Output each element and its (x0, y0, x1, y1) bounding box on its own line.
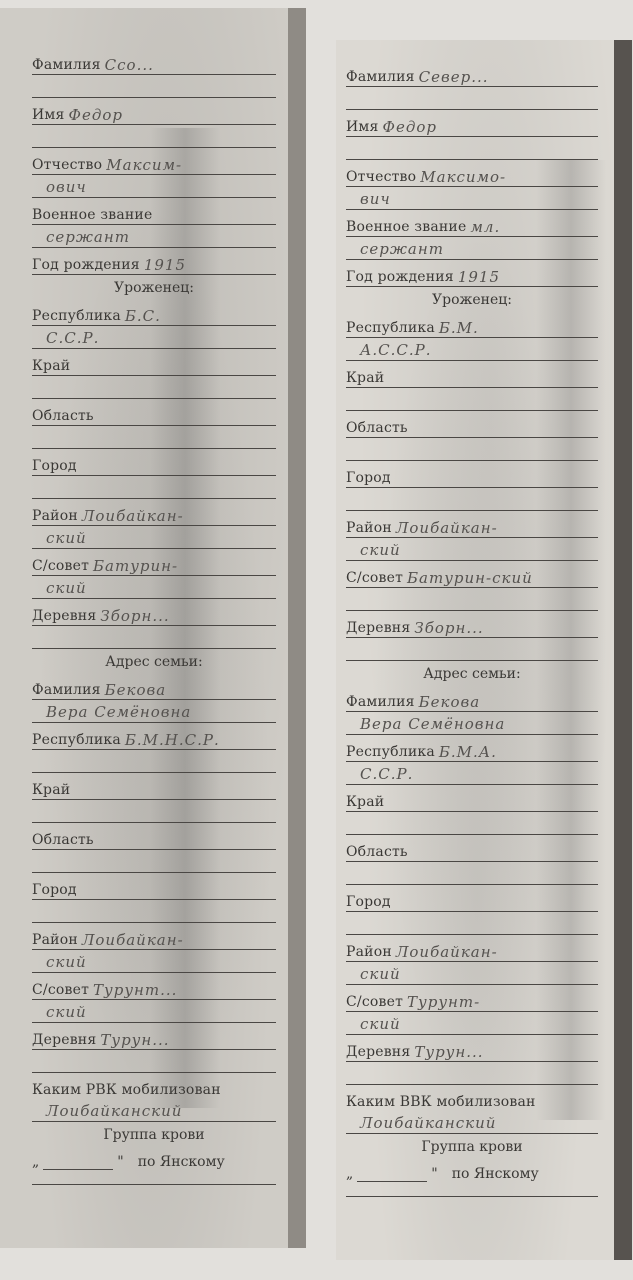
label: Край (32, 781, 74, 799)
field-family-republic: РеспубликаБ.М.Н.С.Р. (32, 723, 276, 750)
paper-edge (288, 8, 306, 1248)
field-family-surname: ФамилияБекова (346, 685, 598, 712)
value: Бекова (419, 693, 481, 711)
field-family-surname-cont: Вера Семёновна (32, 700, 276, 723)
value: Вера Семёновна (360, 715, 505, 733)
value: Турун... (100, 1031, 169, 1049)
blank-line (32, 75, 276, 98)
field-name: ИмяФедор (32, 98, 276, 125)
blank-line (32, 1050, 276, 1073)
blank-line (32, 426, 276, 449)
blank-line (32, 750, 276, 773)
field-family-district-cont: ский (32, 950, 276, 973)
label: С/совет (346, 569, 407, 587)
field-krai: Край (32, 349, 276, 376)
field-family-selsovet: С/советТурунт- (346, 985, 598, 1012)
value: ский (360, 1015, 401, 1033)
blank-line (32, 476, 276, 499)
field-family-republic: РеспубликаБ.М.А. (346, 735, 598, 762)
field-rvk: Каким РВК мобилизован (32, 1073, 276, 1099)
value: ский (46, 953, 87, 971)
label: Республика (346, 743, 439, 761)
label: С/совет (346, 993, 407, 1011)
label: Город (346, 469, 395, 487)
blank-line (346, 388, 598, 411)
field-blood-group: „ " по Янскому (32, 1146, 276, 1170)
label: Отчество (32, 156, 106, 174)
value: ский (360, 965, 401, 983)
label: Город (346, 893, 395, 911)
label: Каким ВВК мобилизован (346, 1093, 540, 1111)
quote: " (117, 1154, 123, 1170)
blood-heading: Группа крови (346, 1136, 598, 1158)
value: Лоибайканский (360, 1114, 496, 1132)
blood-blank (43, 1155, 113, 1170)
label: Район (32, 931, 82, 949)
field-family-krai: Край (346, 785, 598, 812)
field-birth-year: Год рождения1915 (32, 248, 276, 275)
field-rank: Военное званиемл. (346, 210, 598, 237)
label: Республика (32, 731, 125, 749)
field-family-district-cont: ский (346, 962, 598, 985)
value: Б.М.А. (439, 743, 497, 761)
field-rvk: Каким ВВК мобилизован (346, 1085, 598, 1111)
field-rank-cont: сержант (32, 225, 276, 248)
form-left: ФамилияСсо... ИмяФедор ОтчествоМаксим- о… (32, 48, 276, 1185)
blank-line (346, 137, 598, 160)
field-village: ДеревняЗборн... (32, 599, 276, 626)
field-oblast: Область (346, 411, 598, 438)
blank-line (32, 626, 276, 649)
field-surname: ФамилияСсо... (32, 48, 276, 75)
field-republic: РеспубликаБ.С. (32, 299, 276, 326)
blank-line (32, 800, 276, 823)
label: Край (346, 369, 388, 387)
blood-suffix: по Янскому (452, 1166, 539, 1182)
field-family-district: РайонЛоибайкан- (32, 923, 276, 950)
label: Город (32, 457, 81, 475)
field-surname: ФамилияСевер... (346, 60, 598, 87)
label: Фамилия (346, 693, 419, 711)
field-oblast: Область (32, 399, 276, 426)
field-rank: Военное звание (32, 198, 276, 225)
field-patronymic-cont: ович (32, 175, 276, 198)
value: Максимо- (420, 168, 506, 186)
blank-line (346, 912, 598, 935)
value: Турунт... (93, 981, 177, 999)
field-republic-cont: А.С.С.Р. (346, 338, 598, 361)
form-right: ФамилияСевер... ИмяФедор ОтчествоМаксимо… (346, 60, 598, 1197)
family-heading: Адрес семьи: (32, 651, 276, 673)
value: Лоибайкан- (82, 507, 184, 525)
field-name: ИмяФедор (346, 110, 598, 137)
label: Республика (32, 307, 125, 325)
value: Б.М.Н.С.Р. (125, 731, 220, 749)
field-family-selsovet-cont: ский (346, 1012, 598, 1035)
value: мл. (470, 218, 500, 236)
label: Имя (346, 118, 383, 136)
value: сержант (46, 228, 130, 246)
field-patronymic: ОтчествоМаксим- (32, 148, 276, 175)
value: Бекова (105, 681, 167, 699)
native-heading: Уроженец: (346, 289, 598, 311)
field-family-selsovet-cont: ский (32, 1000, 276, 1023)
value: Батурин- (93, 557, 178, 575)
label: Деревня (346, 1043, 414, 1061)
document-right: ФамилияСевер... ИмяФедор ОтчествоМаксимо… (336, 40, 618, 1260)
value: вич (360, 190, 391, 208)
blood-suffix: по Янскому (138, 1154, 225, 1170)
label: С/совет (32, 557, 93, 575)
field-family-oblast: Область (346, 835, 598, 862)
value: Лоибайкан- (396, 943, 498, 961)
native-heading: Уроженец: (32, 277, 276, 299)
label: Район (346, 943, 396, 961)
field-krai: Край (346, 361, 598, 388)
field-republic: РеспубликаБ.М. (346, 311, 598, 338)
blank-line (346, 588, 598, 611)
value: С.С.Р. (46, 329, 99, 347)
value: Север... (419, 68, 489, 86)
value: ович (46, 178, 87, 196)
field-family-city: Город (346, 885, 598, 912)
quote: " (431, 1166, 437, 1182)
label: Область (32, 831, 98, 849)
field-city: Город (346, 461, 598, 488)
value: А.С.С.Р. (360, 341, 431, 359)
value: Зборн... (414, 619, 483, 637)
label: Фамилия (32, 56, 105, 74)
field-rvk-value: Лоибайканский (346, 1111, 598, 1134)
blood-blank (357, 1167, 427, 1182)
label: Область (346, 419, 412, 437)
blank-line (32, 376, 276, 399)
field-district: РайонЛоибайкан- (32, 499, 276, 526)
field-family-surname-cont: Вера Семёновна (346, 712, 598, 735)
blank-line (346, 438, 598, 461)
blank-line (346, 812, 598, 835)
label: Республика (346, 319, 439, 337)
value: ский (360, 541, 401, 559)
value: С.С.Р. (360, 765, 413, 783)
field-rvk-value: Лоибайканский (32, 1099, 276, 1122)
value: Вера Семёновна (46, 703, 191, 721)
document-left: ФамилияСсо... ИмяФедор ОтчествоМаксим- о… (0, 8, 306, 1248)
blood-heading: Группа крови (32, 1124, 276, 1146)
label: Край (346, 793, 388, 811)
field-republic-cont: С.С.Р. (32, 326, 276, 349)
paper-edge (614, 40, 632, 1260)
value: 1915 (458, 268, 500, 286)
label: Отчество (346, 168, 420, 186)
field-family-district: РайонЛоибайкан- (346, 935, 598, 962)
field-blood-group: „ " по Янскому (346, 1158, 598, 1182)
field-selsovet: С/советБатурин- (32, 549, 276, 576)
label: Город (32, 881, 81, 899)
quote: „ (346, 1166, 353, 1182)
label: Фамилия (32, 681, 105, 699)
label: Область (346, 843, 412, 861)
label: Область (32, 407, 98, 425)
field-family-selsovet: С/советТурунт... (32, 973, 276, 1000)
field-village: ДеревняЗборн... (346, 611, 598, 638)
field-selsovet: С/советБатурин-ский (346, 561, 598, 588)
label: Каким РВК мобилизован (32, 1081, 225, 1099)
quote: „ (32, 1154, 39, 1170)
field-selsovet-cont: ский (32, 576, 276, 599)
field-birth-year: Год рождения1915 (346, 260, 598, 287)
label: Район (346, 519, 396, 537)
field-family-republic-cont: С.С.Р. (346, 762, 598, 785)
value: Федор (69, 106, 123, 124)
blank-line (32, 900, 276, 923)
blank-line (346, 1062, 598, 1085)
value: ский (46, 579, 87, 597)
label: Деревня (32, 1031, 100, 1049)
label: Фамилия (346, 68, 419, 86)
value: 1915 (144, 256, 186, 274)
field-rank-cont: сержант (346, 237, 598, 260)
field-family-village: ДеревняТурун... (32, 1023, 276, 1050)
value: Турун... (414, 1043, 483, 1061)
label: Имя (32, 106, 69, 124)
label: Район (32, 507, 82, 525)
field-district-cont: ский (346, 538, 598, 561)
blank-line (32, 125, 276, 148)
field-patronymic: ОтчествоМаксимо- (346, 160, 598, 187)
label: Год рождения (32, 256, 144, 274)
value: Лоибайкан- (396, 519, 498, 537)
value: Максим- (106, 156, 182, 174)
field-district: РайонЛоибайкан- (346, 511, 598, 538)
field-family-city: Город (32, 873, 276, 900)
value: Лоибайкан- (82, 931, 184, 949)
label: Год рождения (346, 268, 458, 286)
blank-line (346, 488, 598, 511)
value: ский (46, 529, 87, 547)
field-district-cont: ский (32, 526, 276, 549)
blank-line (346, 862, 598, 885)
value: сержант (360, 240, 444, 258)
blank-line (32, 850, 276, 873)
field-family-oblast: Область (32, 823, 276, 850)
value: Лоибайканский (46, 1102, 182, 1120)
value: Б.С. (125, 307, 161, 325)
value: Батурин-ский (407, 569, 533, 587)
field-family-village: ДеревняТурун... (346, 1035, 598, 1062)
label: Деревня (346, 619, 414, 637)
label: Военное звание (346, 218, 470, 236)
value: Зборн... (100, 607, 169, 625)
field-city: Город (32, 449, 276, 476)
value: Турунт- (407, 993, 480, 1011)
label: Деревня (32, 607, 100, 625)
label: С/совет (32, 981, 93, 999)
label: Военное звание (32, 206, 156, 224)
value: ский (46, 1003, 87, 1021)
value: Федор (383, 118, 437, 136)
blank-line (32, 1170, 276, 1185)
field-patronymic-cont: вич (346, 187, 598, 210)
value: Ссо... (105, 56, 154, 74)
value: Б.М. (439, 319, 479, 337)
blank-line (346, 1182, 598, 1197)
field-family-krai: Край (32, 773, 276, 800)
blank-line (346, 638, 598, 661)
field-family-surname: ФамилияБекова (32, 673, 276, 700)
label: Край (32, 357, 74, 375)
family-heading: Адрес семьи: (346, 663, 598, 685)
blank-line (346, 87, 598, 110)
